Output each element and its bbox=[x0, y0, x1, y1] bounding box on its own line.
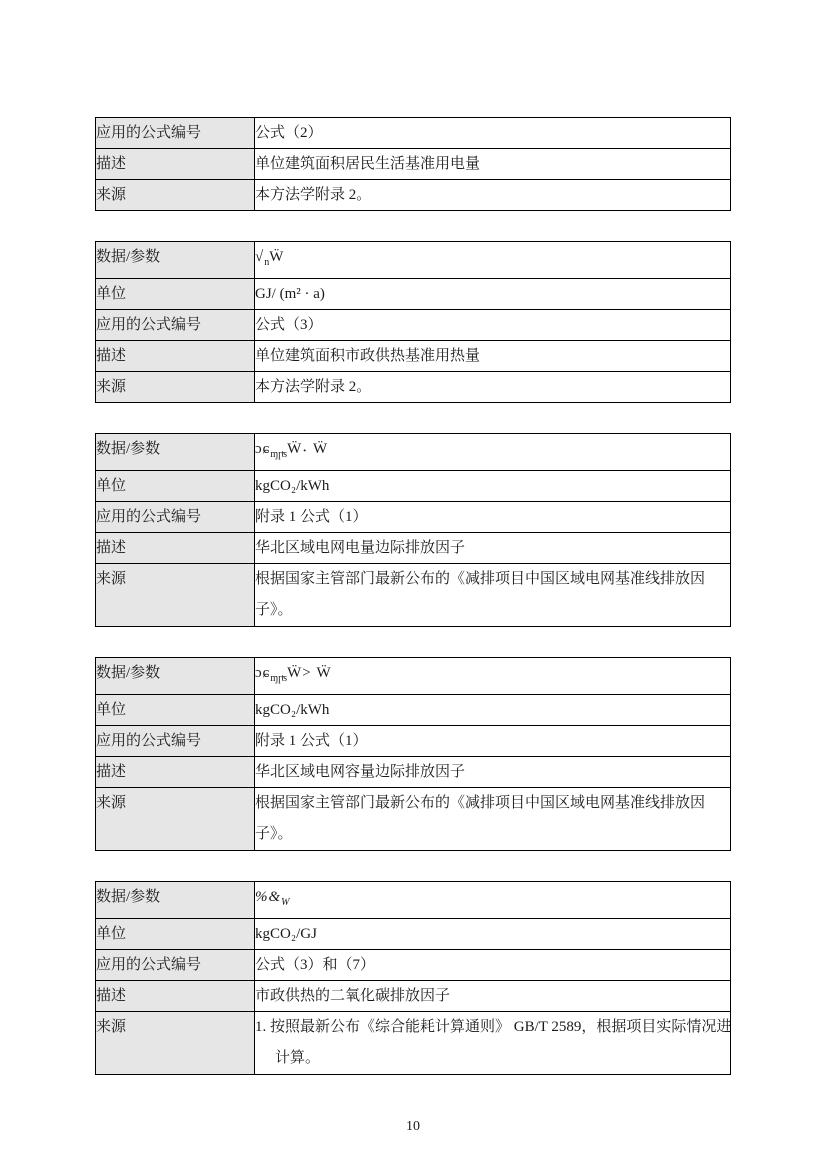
row-value: kgCO₂/GJ bbox=[255, 919, 731, 950]
table-row: 描述 单位建筑面积市政供热基准用热量 bbox=[96, 341, 731, 372]
symbol-main: ɔɕ bbox=[255, 665, 270, 681]
row-label: 应用的公式编号 bbox=[96, 118, 255, 149]
row-label: 来源 bbox=[96, 564, 255, 627]
row-label: 描述 bbox=[96, 533, 255, 564]
row-value: 附录 1 公式（1） bbox=[255, 502, 731, 533]
row-label: 来源 bbox=[96, 372, 255, 403]
table-row: 描述 市政供热的二氧化碳排放因子 bbox=[96, 981, 731, 1012]
row-label: 描述 bbox=[96, 341, 255, 372]
row-label: 来源 bbox=[96, 788, 255, 851]
row-value: 公式（2） bbox=[255, 118, 731, 149]
table-row: 数据/参数 ɔɕɱɼʦẄ˖ Ẅ bbox=[96, 434, 731, 471]
row-label: 来源 bbox=[96, 180, 255, 211]
row-label: 单位 bbox=[96, 279, 255, 310]
table-row: 数据/参数 %&W bbox=[96, 882, 731, 919]
row-value: kgCO₂/kWh bbox=[255, 695, 731, 726]
symbol-main: √ bbox=[255, 249, 264, 265]
row-value: 公式（3）和（7） bbox=[255, 950, 731, 981]
row-label: 应用的公式编号 bbox=[96, 726, 255, 757]
table-row: 描述 单位建筑面积居民生活基准用电量 bbox=[96, 149, 731, 180]
table-row: 单位 GJ/ (m² · a) bbox=[96, 279, 731, 310]
row-label: 单位 bbox=[96, 919, 255, 950]
row-label: 来源 bbox=[96, 1012, 255, 1075]
row-label: 数据/参数 bbox=[96, 242, 255, 279]
table-row: 来源 根据国家主管部门最新公布的《减排项目中国区域电网基准线排放因 子》。 bbox=[96, 564, 731, 627]
table-row: 应用的公式编号 公式（3）和（7） bbox=[96, 950, 731, 981]
parameter-table-4: 数据/参数 ɔɕɱɼʦẄ˃ Ẅ 单位 kgCO₂/kWh 应用的公式编号 附录 … bbox=[95, 657, 731, 851]
table-row: 应用的公式编号 附录 1 公式（1） bbox=[96, 502, 731, 533]
row-label: 应用的公式编号 bbox=[96, 950, 255, 981]
document-page: 应用的公式编号 公式（2） 描述 单位建筑面积居民生活基准用电量 来源 本方法学… bbox=[0, 0, 826, 1135]
row-value: 单位建筑面积居民生活基准用电量 bbox=[255, 149, 731, 180]
symbol-main: ɔɕ bbox=[255, 441, 270, 457]
parameter-table-2: 数据/参数 √nẄ 单位 GJ/ (m² · a) 应用的公式编号 公式（3） … bbox=[95, 241, 731, 403]
row-label: 应用的公式编号 bbox=[96, 502, 255, 533]
table-row: 应用的公式编号 附录 1 公式（1） bbox=[96, 726, 731, 757]
row-value-multiline: 根据国家主管部门最新公布的《减排项目中国区域电网基准线排放因 子》。 bbox=[255, 564, 731, 627]
row-value: kgCO₂/kWh bbox=[255, 471, 731, 502]
row-value-multiline: 根据国家主管部门最新公布的《减排项目中国区域电网基准线排放因 子》。 bbox=[255, 788, 731, 851]
table-row: 数据/参数 ɔɕɱɼʦẄ˃ Ẅ bbox=[96, 658, 731, 695]
value-line-1: 1. 按照最新公布《综合能耗计算通则》 GB/T 2589，根据项目实际情况进行 bbox=[255, 1012, 730, 1043]
parameter-symbol: %&W bbox=[255, 882, 731, 919]
row-label: 单位 bbox=[96, 471, 255, 502]
page-number: 10 bbox=[95, 1119, 731, 1135]
value-line-2: 子》。 bbox=[255, 595, 730, 626]
table-row: 数据/参数 √nẄ bbox=[96, 242, 731, 279]
table-row: 来源 本方法学附录 2。 bbox=[96, 180, 731, 211]
parameter-table-1: 应用的公式编号 公式（2） 描述 单位建筑面积居民生活基准用电量 来源 本方法学… bbox=[95, 117, 731, 211]
symbol-subscript: W bbox=[281, 897, 289, 908]
table-row: 来源 本方法学附录 2。 bbox=[96, 372, 731, 403]
symbol-subscript: ɱɼʦ bbox=[270, 449, 287, 460]
table-row: 来源 根据国家主管部门最新公布的《减排项目中国区域电网基准线排放因 子》。 bbox=[96, 788, 731, 851]
value-line-2: 计算。 bbox=[255, 1043, 730, 1074]
row-value: 本方法学附录 2。 bbox=[255, 180, 731, 211]
row-label: 描述 bbox=[96, 757, 255, 788]
table-row: 单位 kgCO₂/kWh bbox=[96, 695, 731, 726]
table-row: 应用的公式编号 公式（3） bbox=[96, 310, 731, 341]
symbol-subscript: ɱɼʦ bbox=[270, 673, 287, 684]
row-label: 数据/参数 bbox=[96, 434, 255, 471]
row-value: 公式（3） bbox=[255, 310, 731, 341]
value-line-1: 根据国家主管部门最新公布的《减排项目中国区域电网基准线排放因 bbox=[255, 788, 730, 819]
table-row: 来源 1. 按照最新公布《综合能耗计算通则》 GB/T 2589，根据项目实际情… bbox=[96, 1012, 731, 1075]
row-value: 单位建筑面积市政供热基准用热量 bbox=[255, 341, 731, 372]
row-value: 华北区域电网容量边际排放因子 bbox=[255, 757, 731, 788]
table-row: 描述 华北区域电网容量边际排放因子 bbox=[96, 757, 731, 788]
table-row: 单位 kgCO₂/GJ bbox=[96, 919, 731, 950]
row-label: 数据/参数 bbox=[96, 882, 255, 919]
symbol-tail: Ẅ bbox=[269, 249, 284, 265]
value-line-1: 根据国家主管部门最新公布的《减排项目中国区域电网基准线排放因 bbox=[255, 564, 730, 595]
parameter-table-5: 数据/参数 %&W 单位 kgCO₂/GJ 应用的公式编号 公式（3）和（7） … bbox=[95, 881, 731, 1075]
parameter-symbol: ɔɕɱɼʦẄ˃ Ẅ bbox=[255, 658, 731, 695]
table-row: 应用的公式编号 公式（2） bbox=[96, 118, 731, 149]
row-value: 华北区域电网电量边际排放因子 bbox=[255, 533, 731, 564]
row-label: 数据/参数 bbox=[96, 658, 255, 695]
symbol-main: %& bbox=[255, 889, 281, 905]
symbol-tail: Ẅ˃ Ẅ bbox=[287, 665, 332, 681]
row-label: 单位 bbox=[96, 695, 255, 726]
parameter-table-3: 数据/参数 ɔɕɱɼʦẄ˖ Ẅ 单位 kgCO₂/kWh 应用的公式编号 附录 … bbox=[95, 433, 731, 627]
row-value: 本方法学附录 2。 bbox=[255, 372, 731, 403]
symbol-tail: Ẅ˖ Ẅ bbox=[287, 441, 328, 457]
row-label: 应用的公式编号 bbox=[96, 310, 255, 341]
row-label: 描述 bbox=[96, 981, 255, 1012]
row-value: GJ/ (m² · a) bbox=[255, 279, 731, 310]
row-label: 描述 bbox=[96, 149, 255, 180]
row-value: 附录 1 公式（1） bbox=[255, 726, 731, 757]
table-row: 单位 kgCO₂/kWh bbox=[96, 471, 731, 502]
row-value: 市政供热的二氧化碳排放因子 bbox=[255, 981, 731, 1012]
value-line-2: 子》。 bbox=[255, 819, 730, 850]
table-row: 描述 华北区域电网电量边际排放因子 bbox=[96, 533, 731, 564]
row-value-multiline: 1. 按照最新公布《综合能耗计算通则》 GB/T 2589，根据项目实际情况进行… bbox=[255, 1012, 731, 1075]
parameter-symbol: ɔɕɱɼʦẄ˖ Ẅ bbox=[255, 434, 731, 471]
parameter-symbol: √nẄ bbox=[255, 242, 731, 279]
